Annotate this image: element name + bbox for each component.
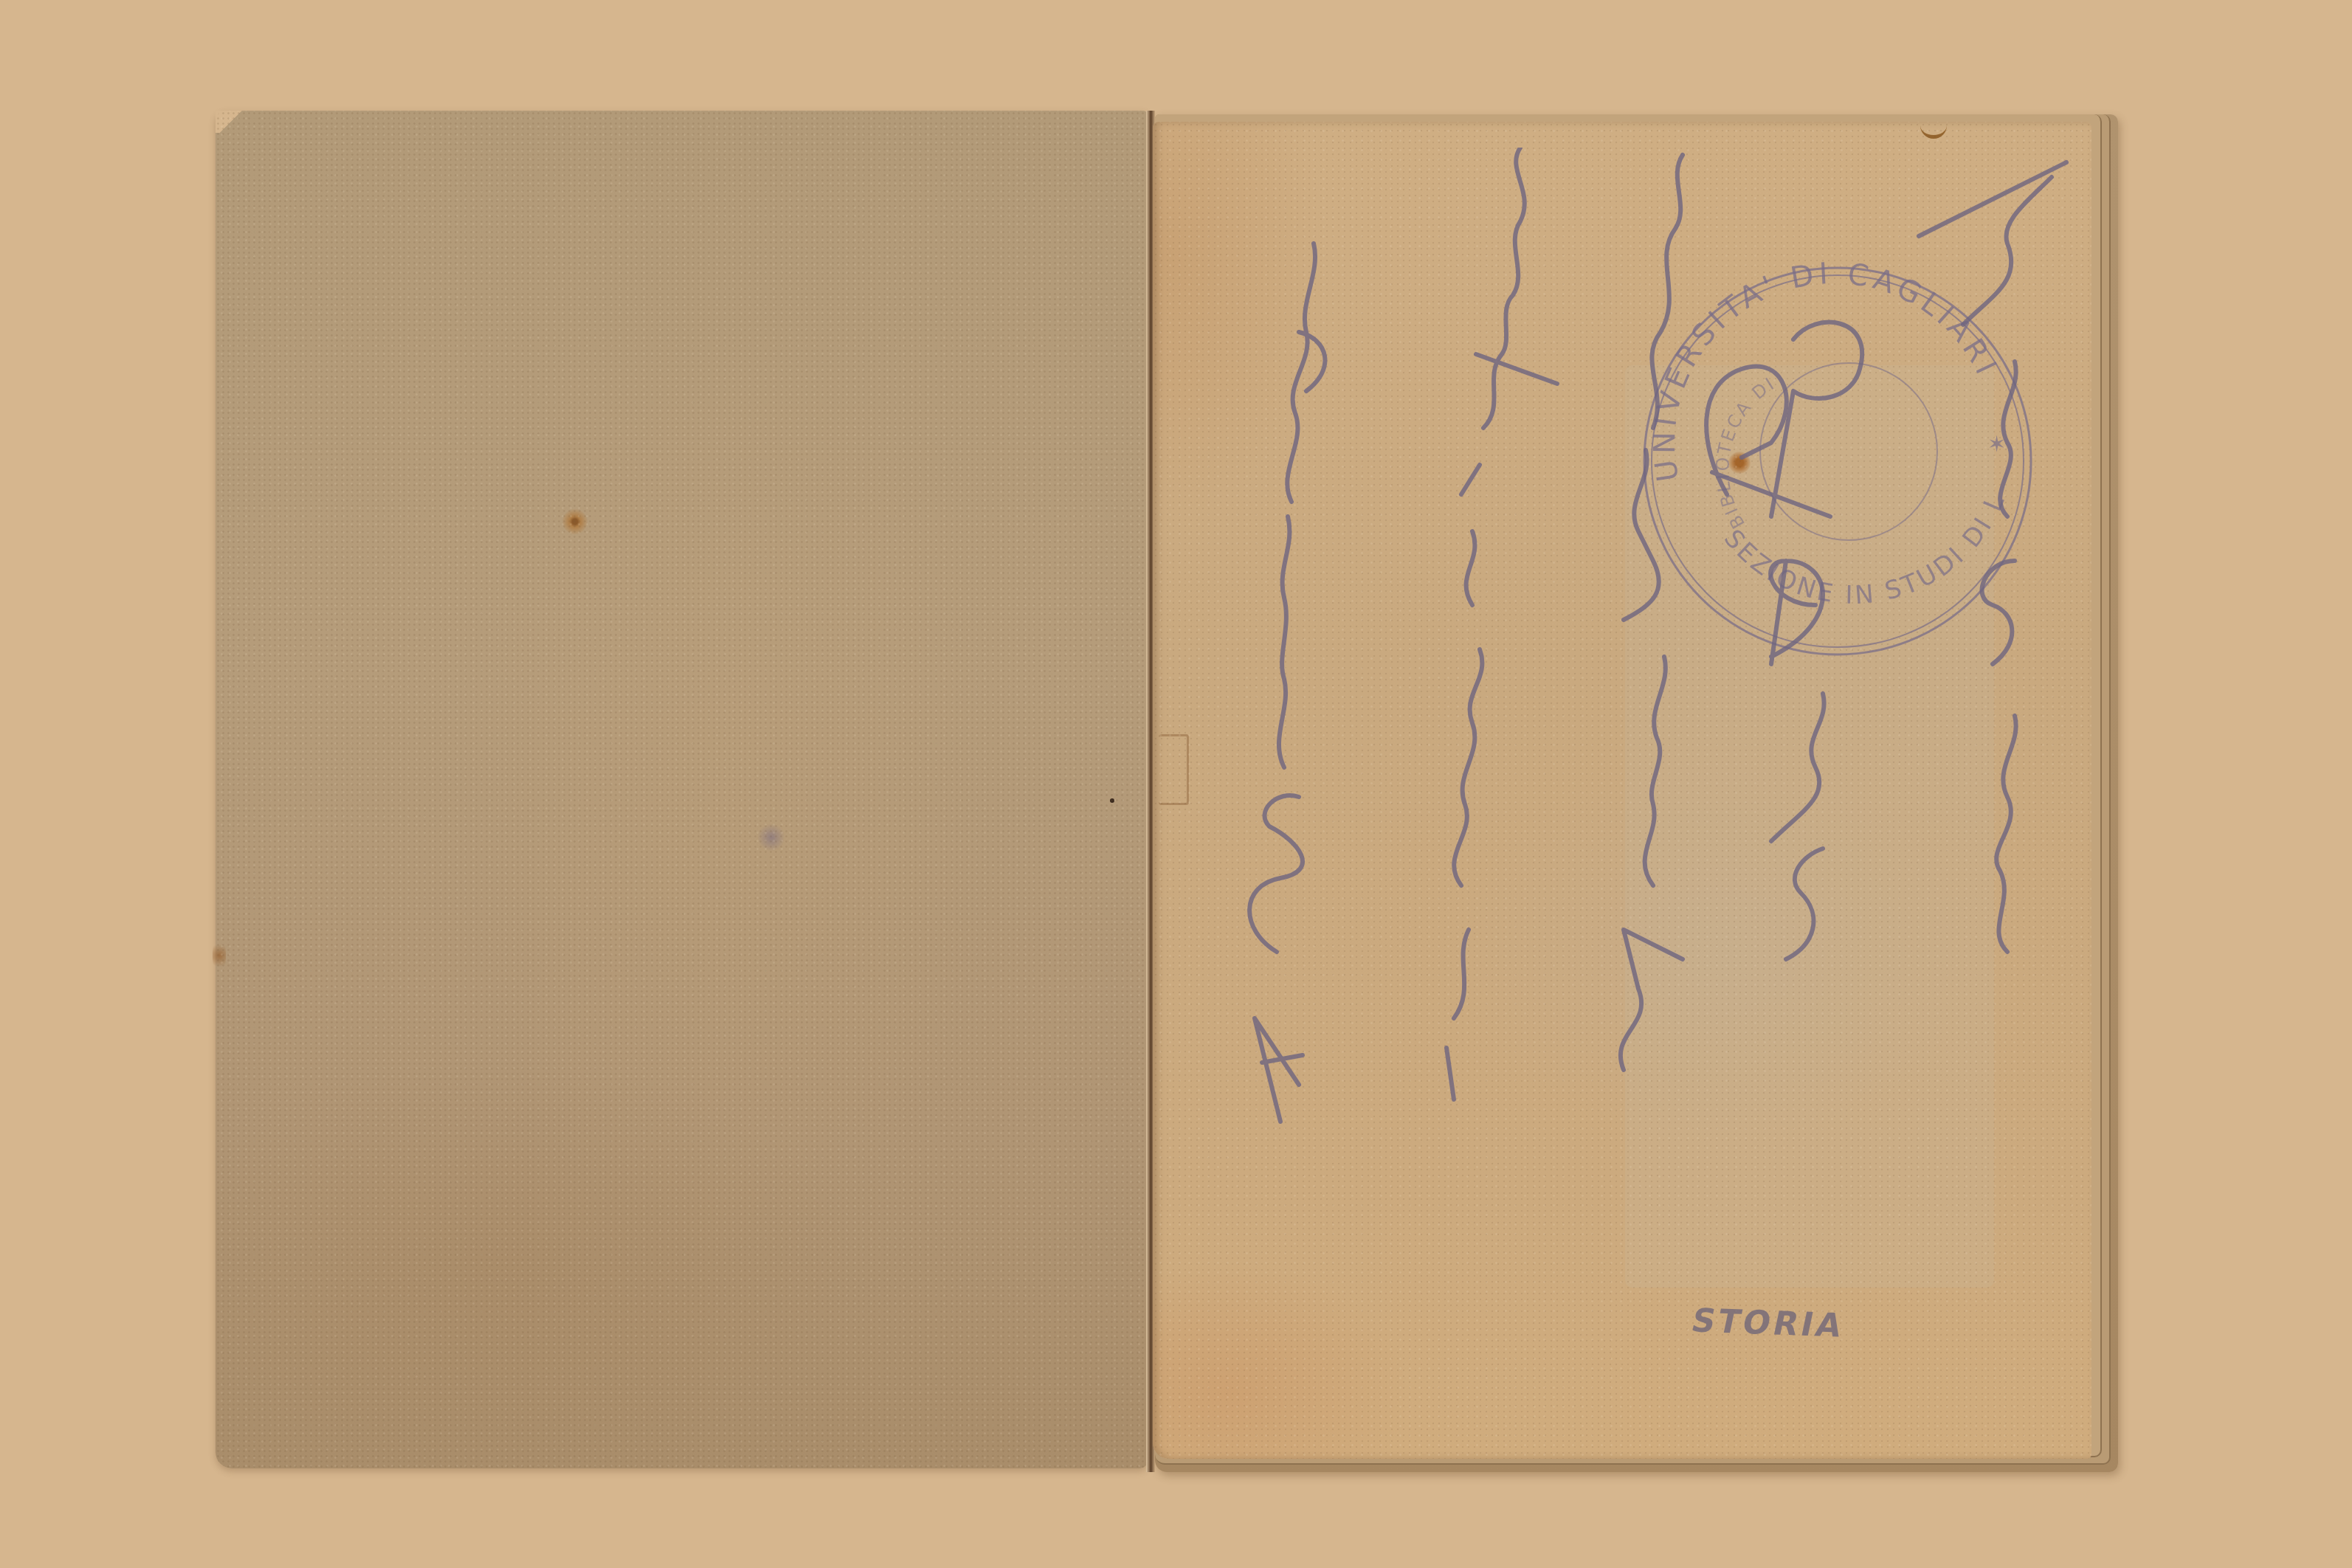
university-stamp: UNIVERSITA' DI CAGLIARI SEZIONE IN STUDI… — [1635, 258, 2041, 664]
edge-stain — [213, 941, 226, 970]
stamp-text-top: UNIVERSITA' DI CAGLIARI — [1648, 258, 2004, 484]
svg-text:✶: ✶ — [1987, 432, 2006, 457]
svg-text:UNIVERSITA' DI CAGLIARI: UNIVERSITA' DI CAGLIARI — [1648, 258, 2004, 484]
inscription-text: A Sinitis Liriana in attesa di pomeriggi… — [0, 0, 1, 1]
foxing-spot — [562, 509, 587, 534]
worn-corner — [215, 111, 245, 133]
subject-note: STORIA — [1688, 1302, 1848, 1344]
paper-speck — [1110, 798, 1114, 803]
binding-staple — [1159, 734, 1189, 805]
inscription-line-1: A Sinitis Liriana — [0, 0, 1, 1]
photo-scene: UNIVERSITA' DI CAGLIARI SEZIONE IN STUDI… — [0, 0, 2352, 1568]
ink-smudge — [758, 823, 784, 852]
edge-tear — [1920, 120, 1947, 139]
left-page-blank — [215, 111, 1148, 1468]
